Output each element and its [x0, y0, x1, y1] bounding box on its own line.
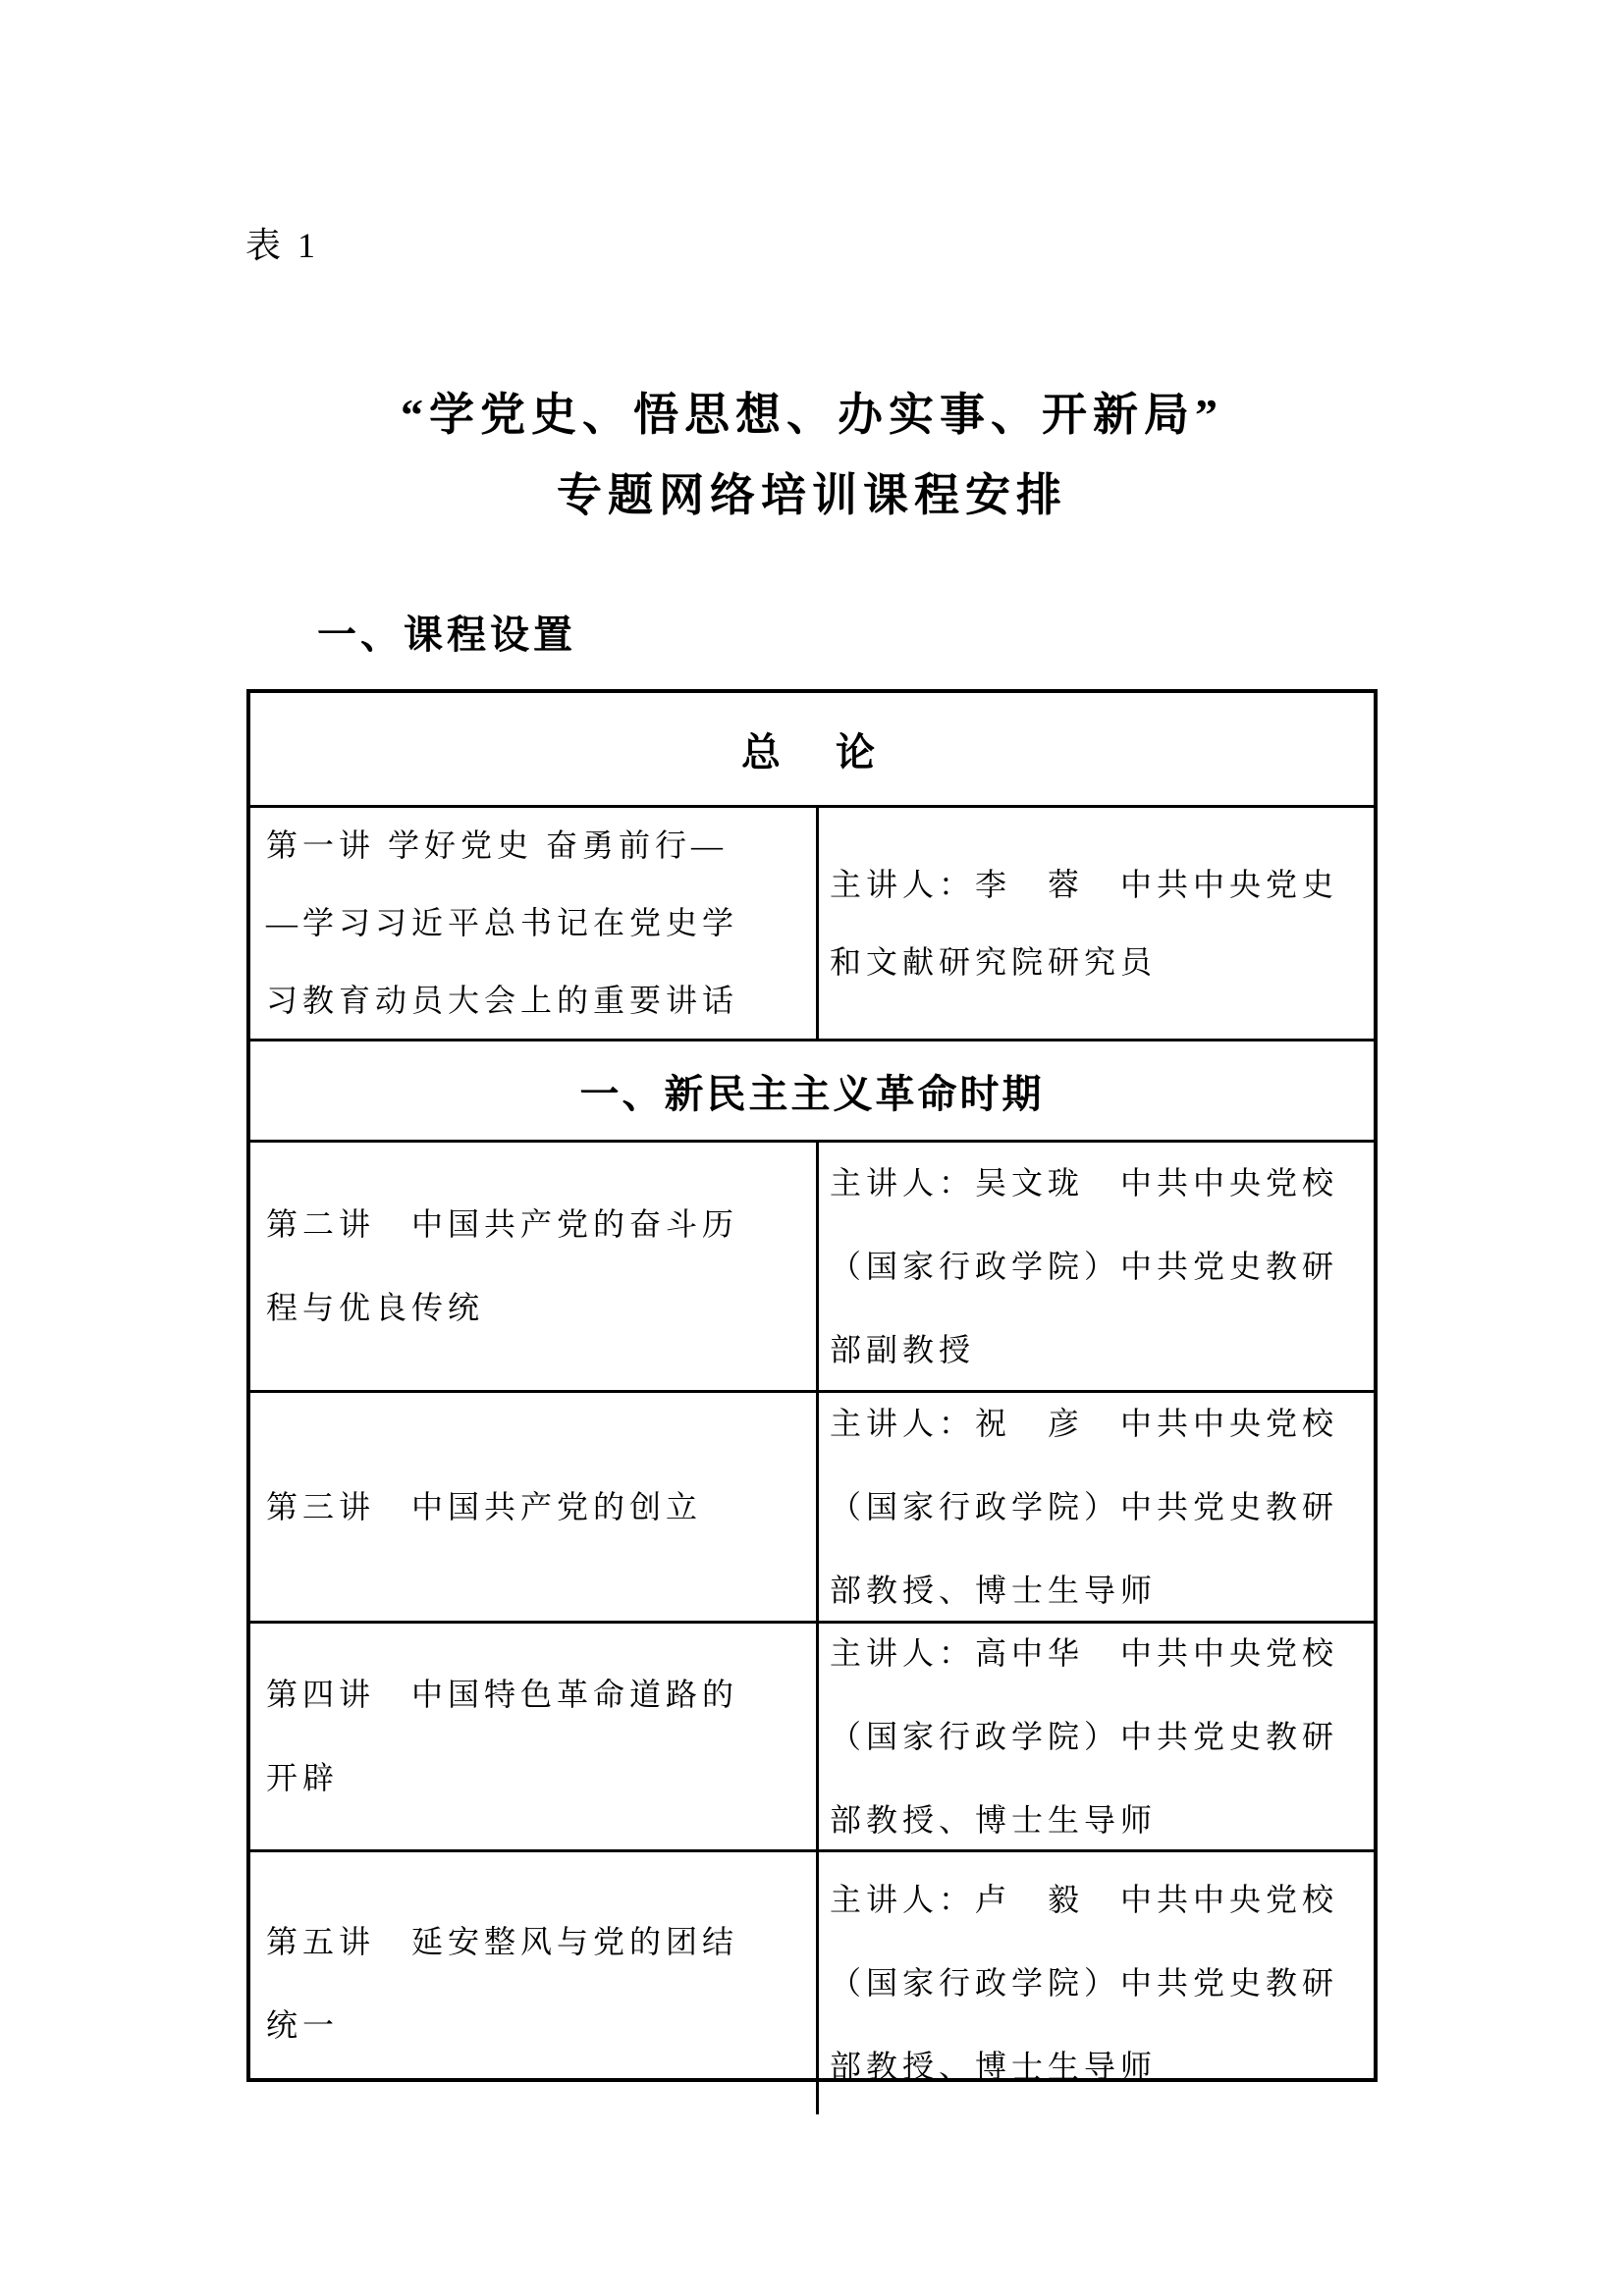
lecture-title: 第一讲 学好党史 奋勇前行— —学习习近平总书记在党史学 习教育动员大会上的重要…: [266, 807, 802, 1040]
lecturer-cell: 主讲人：李 蓉 中共中央党史 和文献研究院研究员: [819, 808, 1374, 1039]
lecture-title: 第四讲 中国特色革命道路的 开辟: [266, 1653, 802, 1820]
lecture-title: 第五讲 延安整风与党的团结 统一: [266, 1900, 802, 2067]
table-row-lecture-4: 第四讲 中国特色革命道路的 开辟 主讲人：高中华 中共中央党校 （国家行政学院）…: [250, 1624, 1374, 1852]
lecture-title: 第二讲 中国共产党的奋斗历 程与优良传统: [266, 1183, 802, 1350]
table-row-lecture-2: 第二讲 中国共产党的奋斗历 程与优良传统 主讲人：吴文珑 中共中央党校 （国家行…: [250, 1143, 1374, 1393]
table-section-cell: 一、新民主主义革命时期: [250, 1041, 1374, 1140]
lecturer-cell: 主讲人：卢 毅 中共中央党校 （国家行政学院）中共党史教研 部教授、博士生导师: [819, 1852, 1374, 2114]
lecturer-info: 主讲人：李 蓉 中共中央党史 和文献研究院研究员: [830, 846, 1368, 1001]
lecturer-cell: 主讲人：高中华 中共中央党校 （国家行政学院）中共党史教研 部教授、博士生导师: [819, 1624, 1374, 1849]
table-row-lecture-1: 第一讲 学好党史 奋勇前行— —学习习近平总书记在党史学 习教育动员大会上的重要…: [250, 808, 1374, 1041]
lecture-title: 第三讲 中国共产党的创立: [266, 1466, 802, 1549]
doc-title-line-1: “学党史、悟思想、办实事、开新局”: [0, 375, 1624, 455]
section-heading: 一、课程设置: [317, 613, 576, 658]
table-section-row: 一、新民主主义革命时期: [250, 1041, 1374, 1143]
course-table: 总 论 第一讲 学好党史 奋勇前行— —学习习近平总书记在党史学 习教育动员大会…: [246, 689, 1378, 2082]
table-header-text: 总 论: [741, 721, 883, 777]
document-page: 表 1 “学党史、悟思想、办实事、开新局” 专题网络培训课程安排 一、课程设置 …: [0, 0, 1624, 2296]
table-row-lecture-3: 第三讲 中国共产党的创立 主讲人：祝 彦 中共中央党校 （国家行政学院）中共党史…: [250, 1393, 1374, 1624]
lecture-title-cell: 第二讲 中国共产党的奋斗历 程与优良传统: [250, 1143, 819, 1390]
lecturer-info: 主讲人：祝 彦 中共中央党校 （国家行政学院）中共党史教研 部教授、博士生导师: [830, 1382, 1368, 1632]
lecturer-info: 主讲人：卢 毅 中共中央党校 （国家行政学院）中共党史教研 部教授、博士生导师: [830, 1858, 1368, 2109]
table-header-row: 总 论: [250, 693, 1374, 808]
doc-title-line-2: 专题网络培训课程安排: [0, 455, 1624, 536]
lecture-title-cell: 第五讲 延安整风与党的团结 统一: [250, 1852, 819, 2114]
table-row-lecture-5: 第五讲 延安整风与党的团结 统一 主讲人：卢 毅 中共中央党校 （国家行政学院）…: [250, 1852, 1374, 2114]
lecturer-cell: 主讲人：吴文珑 中共中央党校 （国家行政学院）中共党史教研 部副教授: [819, 1143, 1374, 1390]
table-header-cell: 总 论: [250, 693, 1374, 805]
doc-title: “学党史、悟思想、办实事、开新局” 专题网络培训课程安排: [0, 375, 1624, 536]
lecture-title-cell: 第一讲 学好党史 奋勇前行— —学习习近平总书记在党史学 习教育动员大会上的重要…: [250, 808, 819, 1039]
lecturer-info: 主讲人：高中华 中共中央党校 （国家行政学院）中共党史教研 部教授、博士生导师: [830, 1612, 1368, 1862]
table-section-label: 一、新民主主义革命时期: [580, 1063, 1045, 1119]
lecture-title-cell: 第三讲 中国共产党的创立: [250, 1393, 819, 1621]
lecturer-cell: 主讲人：祝 彦 中共中央党校 （国家行政学院）中共党史教研 部教授、博士生导师: [819, 1393, 1374, 1621]
lecturer-info: 主讲人：吴文珑 中共中央党校 （国家行政学院）中共党史教研 部副教授: [830, 1142, 1368, 1392]
lecture-title-cell: 第四讲 中国特色革命道路的 开辟: [250, 1624, 819, 1849]
table-label: 表 1: [245, 224, 319, 267]
